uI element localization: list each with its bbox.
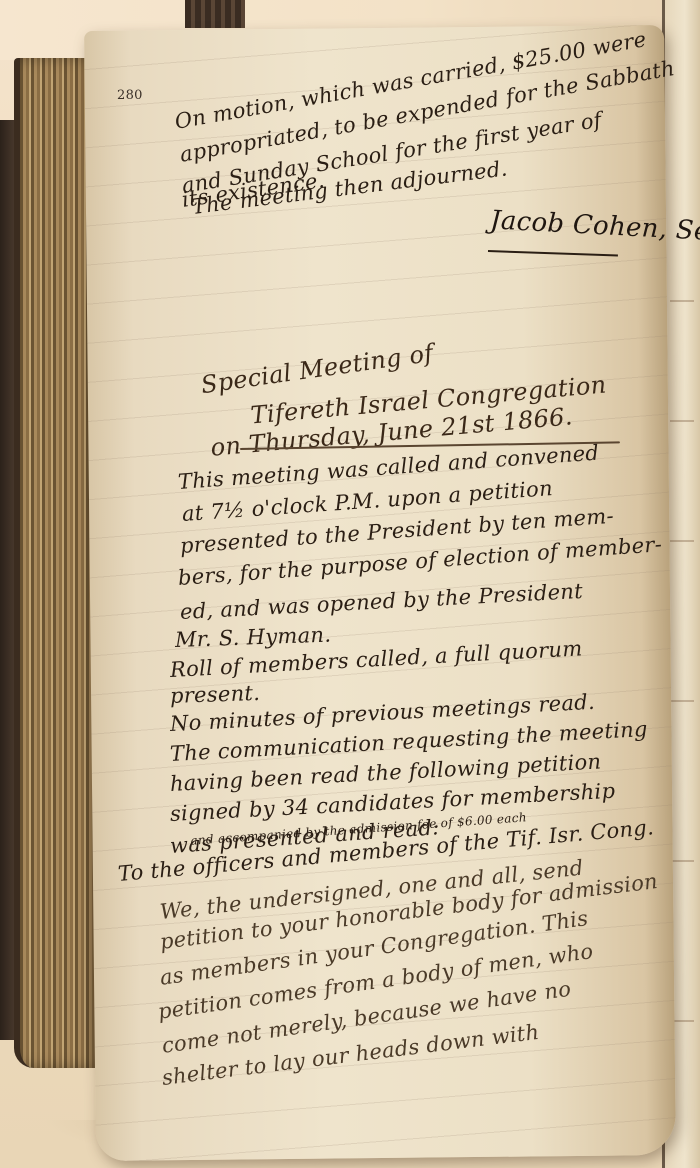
- page-number: 280: [117, 88, 143, 103]
- body-line: present.: [170, 681, 261, 708]
- background-bookshelf: [185, 0, 245, 28]
